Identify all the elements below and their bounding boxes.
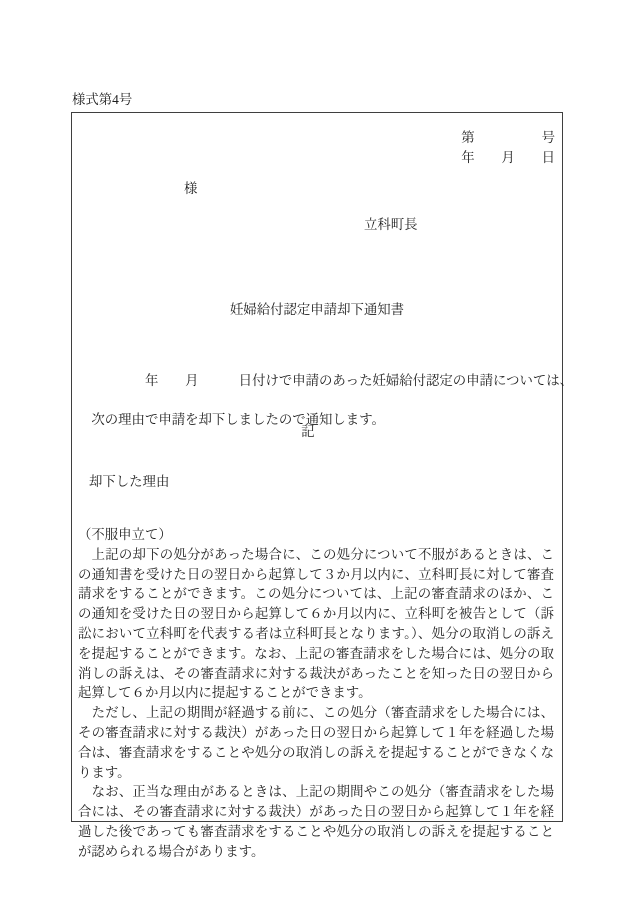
document-number-blank: 第 号 bbox=[461, 128, 555, 148]
document-frame: 第 号 年 月 日 様 立科町長 妊婦給付認定申請却下通知書 年 月 日付けで申… bbox=[71, 112, 563, 822]
addressee-honorific: 様 bbox=[184, 179, 197, 199]
appeal-heading: （不服申立て） bbox=[78, 525, 554, 545]
rejection-reason-label: 却下した理由 bbox=[89, 472, 169, 492]
sender-name: 立科町長 bbox=[364, 215, 418, 235]
appeal-paragraph-1: 上記の却下の処分があった場合に、この処分について不服があるときは、この通知書を受… bbox=[78, 545, 554, 703]
document-page: { "page": { "form_label": "様式第4号" }, "do… bbox=[0, 0, 630, 903]
section-marker-ki: 記 bbox=[72, 422, 562, 442]
document-title: 妊婦給付認定申請却下通知書 bbox=[72, 300, 562, 320]
appeal-paragraph-2: ただし、上記の期間が経過する前に、この処分（審査請求をした場合には、その審査請求… bbox=[78, 703, 554, 782]
appeal-notice-section: （不服申立て） 上記の却下の処分があった場合に、この処分について不服があるときは… bbox=[78, 525, 554, 862]
form-number-label: 様式第4号 bbox=[72, 92, 132, 108]
appeal-paragraph-3: なお、正当な理由があるときは、上記の期間やこの処分（審査請求をした場合には、その… bbox=[78, 782, 554, 861]
opening-line-date: 年 月 日付けで申請のあった妊婦給付認定の申請については、 bbox=[91, 373, 573, 388]
document-date-blank: 年 月 日 bbox=[461, 148, 555, 168]
